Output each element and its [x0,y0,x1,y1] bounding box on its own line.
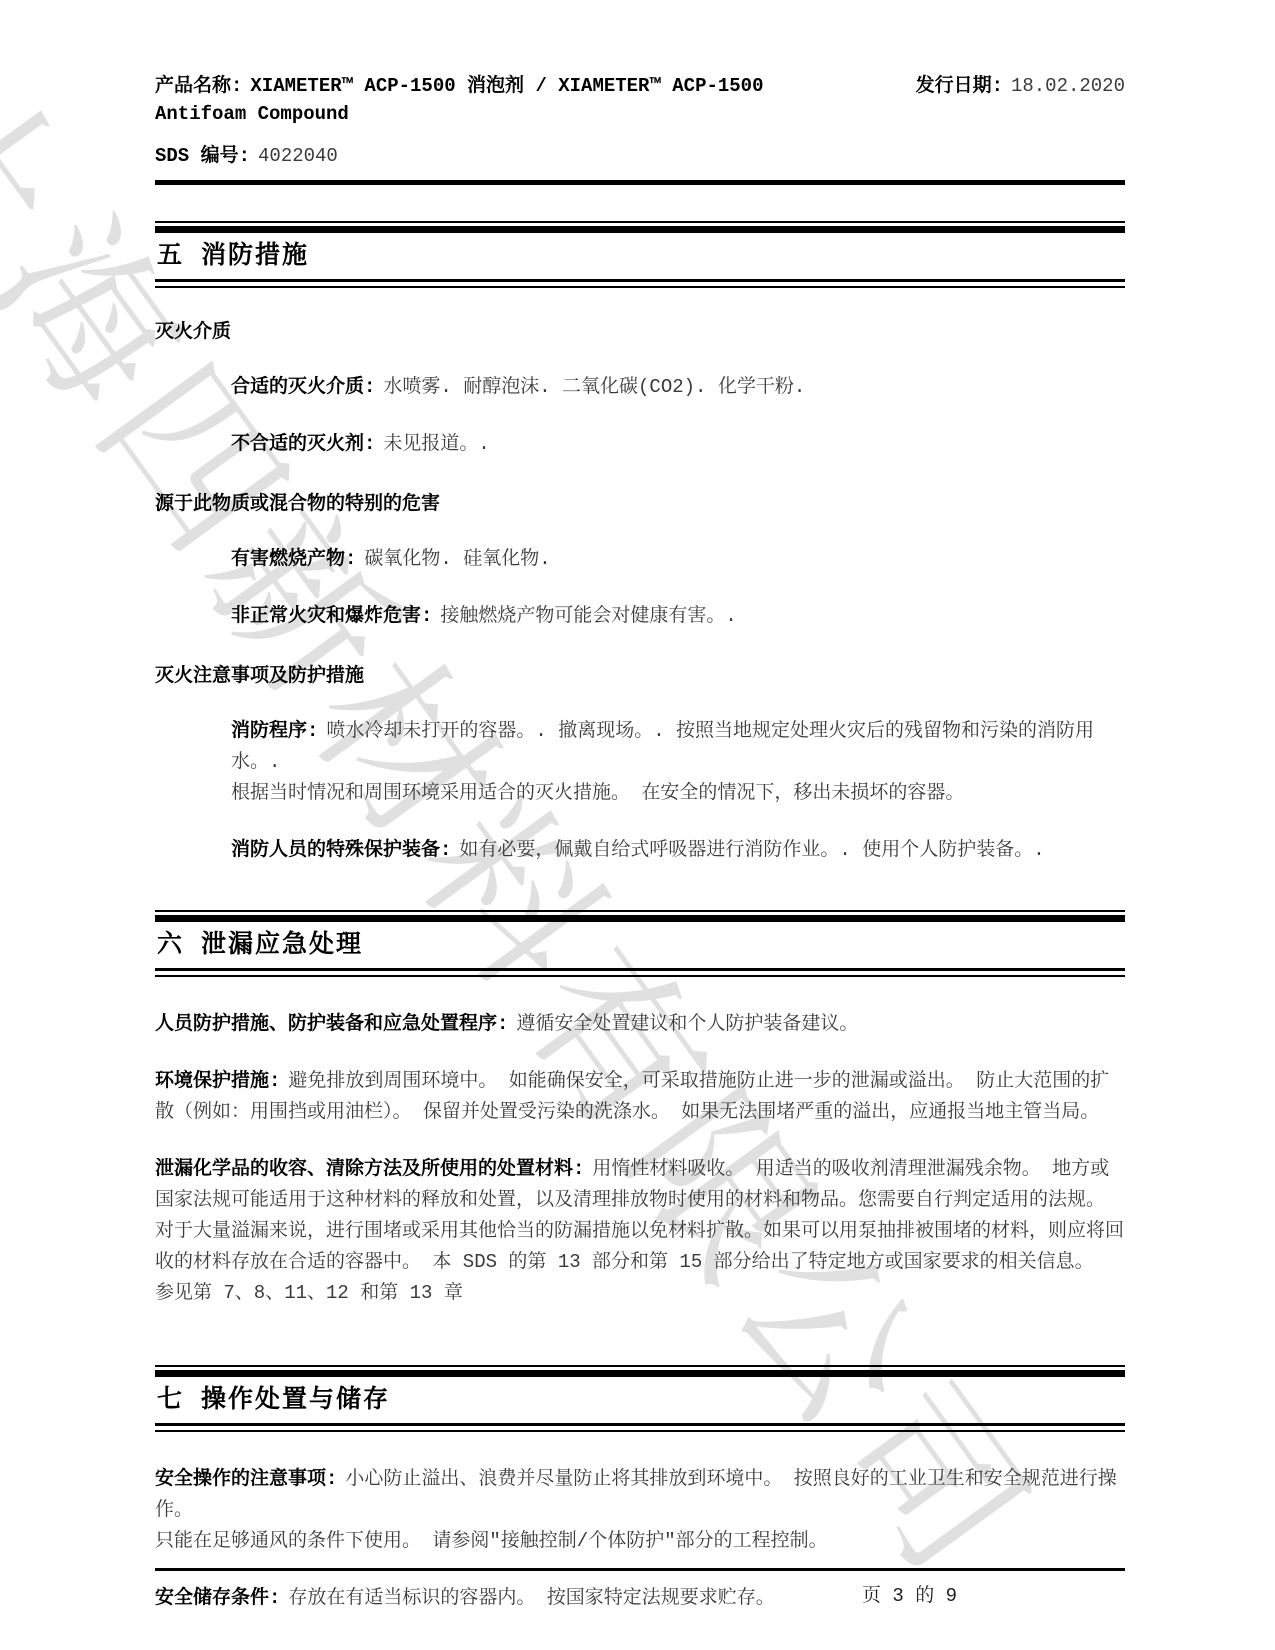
paragraph-label: 不合适的灭火剂: [231,433,375,455]
group-heading-firefighting-precautions: 灭火注意事项及防护措施 [155,662,1125,690]
paragraph-unusual-hazards: 非正常火灾和爆炸危害:接触燃烧产物可能会对健康有害。. [231,601,1125,632]
section-rule [155,910,1125,912]
sds-number-label: SDS 编号: [155,145,250,167]
section-6-accidental-release: 六 泄漏应急处理 人员防护措施、防护装备和应急处置程序:遵循安全处置建议和个人防… [155,910,1125,1309]
product-name: 产品名称:XIAMETER™ ACP-1500 消泡剂 / XIAMETER™ … [155,72,855,128]
section-rule [155,226,1125,233]
paragraph-text: 接触燃烧产物可能会对健康有害。. [440,605,736,627]
paragraph-label: 泄漏化学品的收容、清除方法及所使用的处置材料: [155,1158,584,1180]
paragraph-label: 安全操作的注意事项: [155,1468,337,1490]
paragraph-containment-cleanup: 泄漏化学品的收容、清除方法及所使用的处置材料:用惰性材料吸收。 用适当的吸收剂清… [155,1154,1125,1309]
paragraph-text: 喷水冷却未打开的容器。. 撤离现场。. 按照当地规定处理火灾后的残留物和污染的消… [231,720,1094,773]
paragraph-unsuitable-media: 不合适的灭火剂:未见报道。. [231,429,1125,460]
document-header: 产品名称:XIAMETER™ ACP-1500 消泡剂 / XIAMETER™ … [155,72,1125,128]
section-rule [155,221,1125,223]
footer-divider [155,1568,1125,1571]
paragraph-text: 未见报道。. [383,433,489,455]
section-6-title: 六 泄漏应急处理 [155,922,1125,968]
paragraph-label: 非正常火灾和爆炸危害: [231,605,432,627]
section-5-fire-fighting: 五 消防措施 灭火介质 合适的灭火介质:水喷雾. 耐醇泡沫. 二氧化碳(CO2)… [155,221,1125,866]
section-5-title: 五 消防措施 [155,233,1125,279]
header-divider [155,180,1125,185]
paragraph-text: 存放在有适当标识的容器内。 按国家特定法规要求贮存。 [288,1587,774,1609]
section-7-handling-storage: 七 操作处置与储存 安全操作的注意事项:小心防止溢出、浪费并尽量防止将其排放到环… [155,1365,1125,1614]
paragraph-label: 合适的灭火介质: [231,376,375,398]
paragraph-personal-precautions: 人员防护措施、防护装备和应急处置程序:遵循安全处置建议和个人防护装备建议。 [155,1009,1125,1040]
paragraph-text: 碳氧化物. 硅氧化物. [364,548,550,570]
section-rule [155,975,1125,977]
paragraph-firefighter-equipment: 消防人员的特殊保护装备:如有必要，佩戴自给式呼吸器进行消防作业。. 使用个人防护… [231,835,1125,866]
section-rule [155,1430,1125,1432]
paragraph-text: 如有必要，佩戴自给式呼吸器进行消防作业。. 使用个人防护装备。. [459,839,1044,861]
paragraph-safe-storage: 安全储存条件:存放在有适当标识的容器内。 按国家特定法规要求贮存。 [155,1583,1125,1614]
group-heading-extinguishing-media: 灭火介质 [155,318,1125,346]
paragraph-text: 水喷雾. 耐醇泡沫. 二氧化碳(CO2). 化学干粉. [383,376,805,398]
product-name-label: 产品名称: [155,75,242,97]
section-rule [155,1365,1125,1367]
paragraph-fire-procedures: 消防程序:喷水冷却未打开的容器。. 撤离现场。. 按照当地规定处理火灾后的残留物… [231,716,1125,809]
sds-document-page: 上海四新材料有限公司 产品名称:XIAMETER™ ACP-1500 消泡剂 /… [0,0,1275,1650]
issue-date-label: 发行日期: [916,75,1003,97]
paragraph-label: 消防程序: [231,720,318,742]
issue-date-value: 18.02.2020 [1011,75,1125,97]
paragraph-label: 消防人员的特殊保护装备: [231,839,451,861]
section-rule [155,286,1125,288]
group-heading-special-hazards: 源于此物质或混合物的特别的危害 [155,490,1125,518]
paragraph-text: 遵循安全处置建议和个人防护装备建议。 [516,1013,858,1035]
paragraph-continuation: 只能在足够通风的条件下使用。 请参阅"接触控制/个体防护"部分的工程控制。 [155,1526,1125,1557]
section-rule [155,1370,1125,1377]
paragraph-see-sections: 参见第 7、8、11、12 和第 13 章 [155,1278,1125,1309]
paragraph-continuation: 根据当时情况和周围环境采用适合的灭火措施。 在安全的情况下，移出未损坏的容器。 [231,778,1125,809]
section-rule [155,1423,1125,1426]
product-name-value: XIAMETER™ ACP-1500 消泡剂 / XIAMETER™ ACP-1… [155,75,763,125]
issue-date: 发行日期:18.02.2020 [916,72,1125,100]
paragraph-label: 人员防护措施、防护装备和应急处置程序: [155,1013,508,1035]
document-content: 产品名称:XIAMETER™ ACP-1500 消泡剂 / XIAMETER™ … [155,0,1125,1614]
paragraph-label: 有害燃烧产物: [231,548,356,570]
sds-number: SDS 编号:4022040 [155,142,1125,170]
paragraph-environmental-precautions: 环境保护措施:避免排放到周围环境中。 如能确保安全，可采取措施防止进一步的泄漏或… [155,1066,1125,1128]
paragraph-label: 环境保护措施: [155,1070,280,1092]
paragraph-text: 避免排放到周围环境中。 如能确保安全，可采取措施防止进一步的泄漏或溢出。 防止大… [155,1070,1109,1123]
section-rule [155,915,1125,922]
section-7-title: 七 操作处置与储存 [155,1377,1125,1423]
page-number: 页 3 的 9 [862,1580,957,1607]
paragraph-suitable-media: 合适的灭火介质:水喷雾. 耐醇泡沫. 二氧化碳(CO2). 化学干粉. [231,372,1125,403]
paragraph-label: 安全储存条件: [155,1587,280,1609]
section-rule [155,279,1125,282]
paragraph-safe-handling: 安全操作的注意事项:小心防止溢出、浪费并尽量防止将其排放到环境中。 按照良好的工… [155,1464,1125,1557]
paragraph-combustion-products: 有害燃烧产物:碳氧化物. 硅氧化物. [231,544,1125,575]
sds-number-value: 4022040 [258,145,338,167]
section-rule [155,968,1125,971]
